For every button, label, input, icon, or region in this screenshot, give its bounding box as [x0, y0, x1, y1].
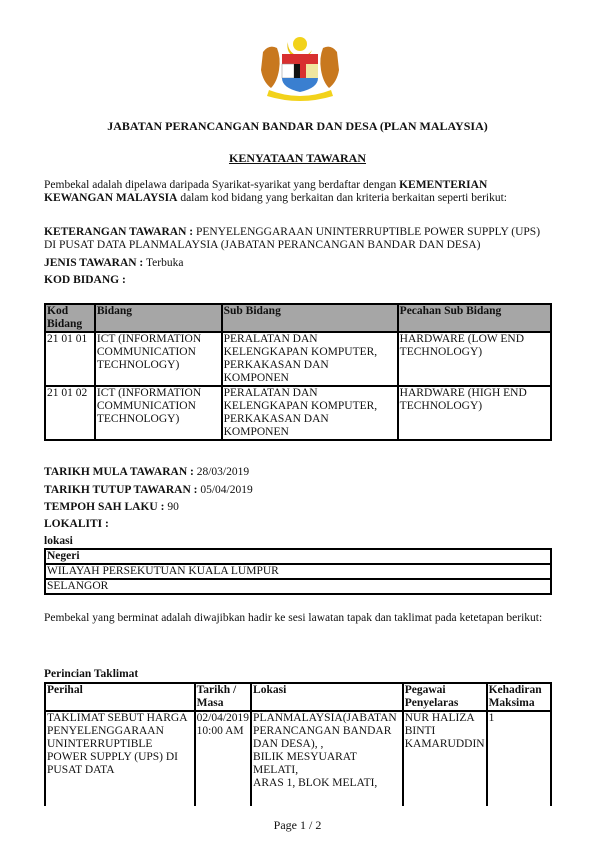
- table-header-row: Negeri: [45, 549, 551, 564]
- header-tarikh-masa: Tarikh / Masa: [195, 683, 251, 711]
- header-bidang: Bidang: [95, 304, 222, 332]
- header-perihal: Perihal: [45, 683, 195, 711]
- coat-of-arms-logo: [255, 32, 345, 102]
- offer-type: JENIS TAWARAN : Terbuka: [44, 257, 183, 269]
- organization-title: JABATAN PERANCANGAN BANDAR DAN DESA (PLA…: [0, 119, 595, 134]
- perincian-taklimat-label: Perincian Taklimat: [44, 668, 138, 680]
- offer-description: KETERANGAN TAWARAN : PENYELENGGARAAN UNI…: [44, 226, 554, 252]
- header-kehadiran: Kehadiran Maksima: [487, 683, 551, 711]
- header-kod-bidang: Kod Bidang: [45, 304, 95, 332]
- table-header-row: Kod Bidang Bidang Sub Bidang Pecahan Sub…: [45, 304, 551, 332]
- intro-paragraph: Pembekal adalah dipelawa daripada Syarik…: [44, 179, 552, 205]
- start-date: TARIKH MULA TAWARAN : 28/03/2019: [44, 466, 249, 478]
- kod-bidang-label: KOD BIDANG :: [44, 274, 126, 286]
- header-sub-bidang: Sub Bidang: [222, 304, 398, 332]
- table-row: WILAYAH PERSEKUTUAN KUALA LUMPUR: [45, 564, 551, 579]
- kod-bidang-table: Kod Bidang Bidang Sub Bidang Pecahan Sub…: [44, 303, 552, 441]
- lokasi-label: lokasi: [44, 535, 73, 547]
- header-lokasi: Lokasi: [251, 683, 403, 711]
- locality-label: LOKALITI :: [44, 518, 109, 530]
- table-header-row: Perihal Tarikh / Masa Lokasi Pegawai Pen…: [45, 683, 551, 711]
- table-row: SELANGOR: [45, 579, 551, 594]
- lokasi-table: Negeri WILAYAH PERSEKUTUAN KUALA LUMPUR …: [44, 548, 552, 595]
- validity-period: TEMPOH SAH LAKU : 90: [44, 501, 179, 513]
- table-row: 21 01 02 ICT (INFORMATION COMMUNICATION …: [45, 386, 551, 440]
- header-pegawai: Pegawai Penyelaras: [403, 683, 487, 711]
- page-number: Page 1 / 2: [0, 818, 595, 833]
- table-row: TAKLIMAT SEBUT HARGA PENYELENGGARAAN UNI…: [45, 711, 551, 808]
- document-title: KENYATAAN TAWARAN: [0, 151, 595, 166]
- table-row: 21 01 01 ICT (INFORMATION COMMUNICATION …: [45, 332, 551, 386]
- close-date: TARIKH TUTUP TAWARAN : 05/04/2019: [44, 484, 253, 496]
- header-negeri: Negeri: [45, 549, 551, 564]
- taklimat-table: Perihal Tarikh / Masa Lokasi Pegawai Pen…: [44, 682, 552, 808]
- header-pecahan: Pecahan Sub Bidang: [398, 304, 551, 332]
- briefing-paragraph: Pembekal yang berminat adalah diwajibkan…: [44, 612, 552, 625]
